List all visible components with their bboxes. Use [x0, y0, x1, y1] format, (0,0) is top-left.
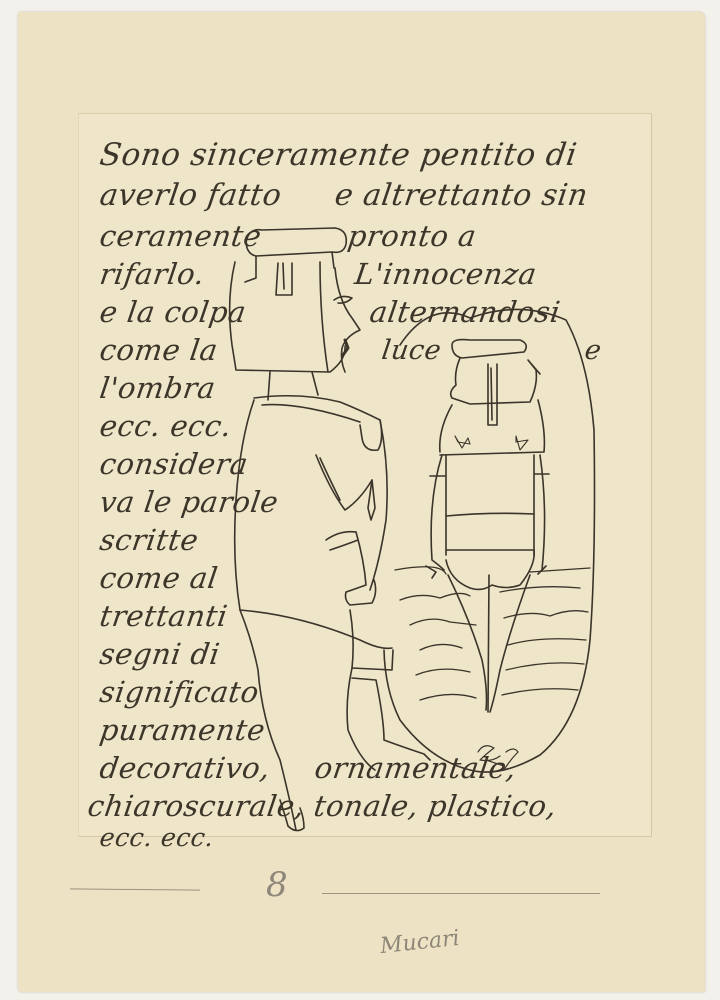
- handwritten-line: L'innocenza: [353, 260, 539, 289]
- pencil-number: 8: [266, 865, 288, 905]
- handwritten-line: trettanti: [98, 602, 229, 631]
- handwritten-line: Sono sinceramente pentito di: [98, 140, 579, 171]
- handwritten-line: segni di: [98, 640, 222, 669]
- small-sailor-figure: [426, 340, 549, 712]
- handwritten-line: alternandosi: [368, 298, 562, 327]
- handwritten-line: pronto a: [346, 222, 478, 251]
- handwritten-line: chiaroscurale, tonale, plastico,: [86, 792, 559, 821]
- wave-lines: [395, 567, 590, 700]
- handwritten-line: e altrettanto sin: [333, 181, 590, 211]
- handwritten-line: considera: [98, 450, 250, 479]
- handwritten-line: ecc. ecc.: [98, 825, 215, 850]
- handwritten-line: luce: [380, 337, 443, 364]
- handwritten-line: ceramente: [98, 222, 263, 251]
- handwritten-line: puramente: [98, 716, 267, 745]
- handwritten-line: averlo fatto: [98, 181, 284, 211]
- handwritten-line: come la: [98, 336, 220, 365]
- handwritten-line: e la colpa: [98, 298, 248, 327]
- handwritten-line: come al: [98, 564, 220, 593]
- oval-frame: [384, 309, 595, 772]
- handwritten-line: decorativo,: [98, 754, 272, 783]
- pencil-rule-right: [322, 893, 600, 894]
- handwritten-line: ornamentale,: [313, 754, 518, 783]
- handwritten-line: rifarlo.: [98, 260, 207, 289]
- handwritten-line: va le parole: [98, 488, 280, 517]
- handwritten-line: ecc. ecc.: [98, 412, 234, 441]
- handwritten-line: significato: [98, 678, 261, 707]
- handwritten-line: l'ombra: [98, 374, 217, 403]
- handwritten-line: scritte: [98, 526, 200, 555]
